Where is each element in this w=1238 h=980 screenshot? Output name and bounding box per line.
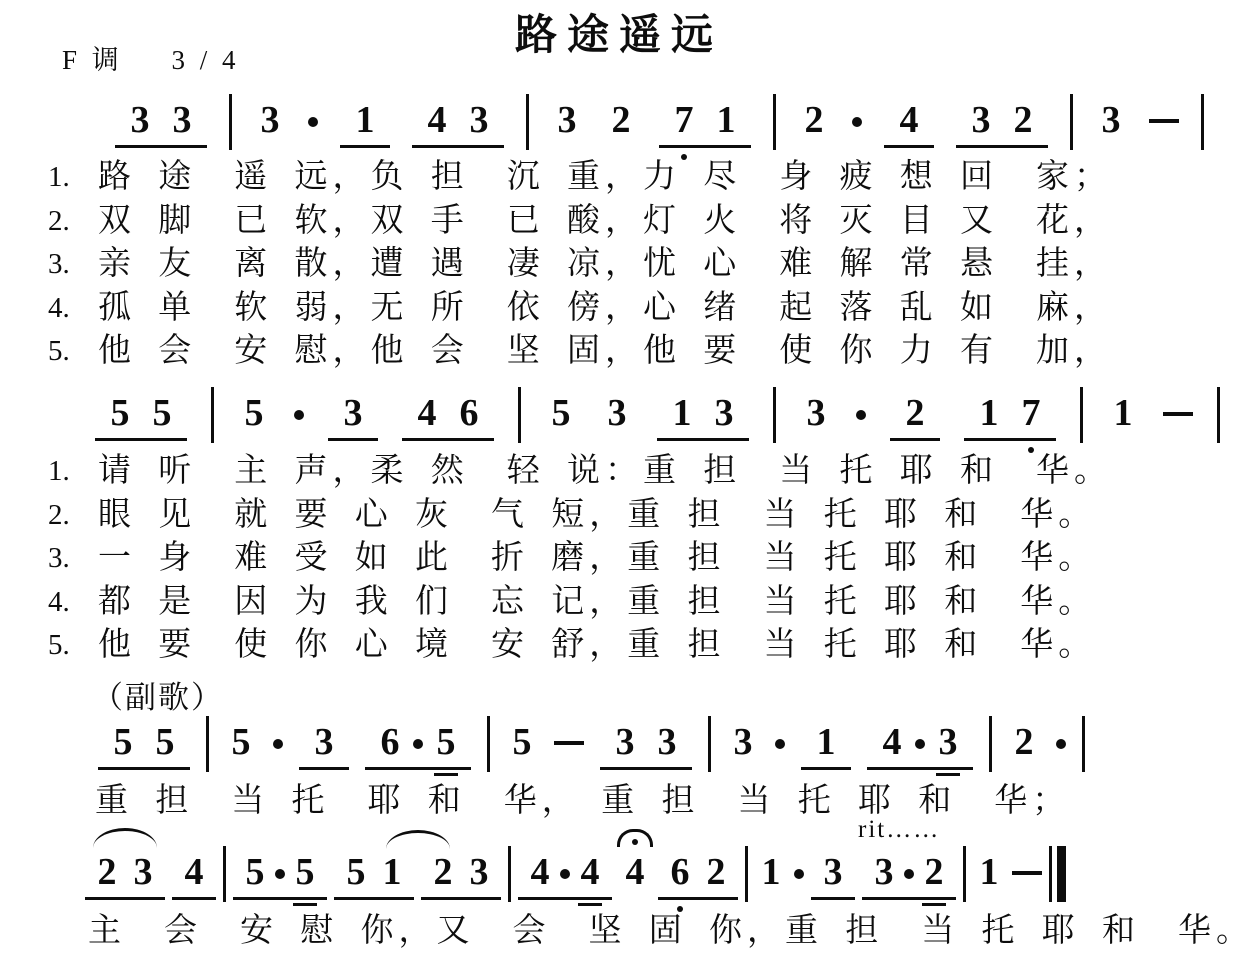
beam-group: 55 <box>98 722 190 770</box>
jianpu-note: 3 <box>311 722 337 762</box>
beam-group: 2 <box>890 393 940 441</box>
barline <box>508 846 511 902</box>
verse-number: 1. <box>48 156 98 198</box>
beam-group: 43 <box>867 722 973 770</box>
beam-group: 32 <box>862 852 956 900</box>
jianpu-note: 3 <box>466 852 492 892</box>
sheet-music-page: 路途遥远 F 调 3 / 4 333143327124323 1. 路 途 遥 … <box>0 0 1238 980</box>
jianpu-note: 1 <box>713 100 739 140</box>
jianpu-note: 4 <box>896 100 922 140</box>
beam-group: 55 <box>233 852 327 900</box>
beam-group: 1 <box>340 100 390 148</box>
jianpu-note: 5 <box>228 722 254 762</box>
jianpu-note: 3 <box>466 100 492 140</box>
verse-text: 孤 单 软 弱，无 所 依 傍，心 绪 起 落 乱 如 麻， <box>98 287 1112 329</box>
final-barline-thick <box>1057 846 1066 902</box>
jianpu-note: 3 <box>935 722 961 762</box>
verse-number: 3. <box>48 243 98 285</box>
jianpu-note: 5 <box>509 722 535 762</box>
verse-line: 1. 请 听 主 声，柔 然 轻 说：重 担 当 托 耶 和 华。 <box>48 450 1112 494</box>
verse-text: 亲 友 离 散，遭 遇 凄 凉，忧 心 难 解 常 悬 挂， <box>98 243 1112 285</box>
key-and-meter: F 调 3 / 4 <box>62 38 240 77</box>
beam-group: 32 <box>956 100 1048 148</box>
jianpu-note: 2 <box>430 852 456 892</box>
jianpu-note: 7 <box>1018 393 1044 433</box>
chorus-label: （副歌） <box>92 672 224 717</box>
verse-block-1: 1. 路 途 遥 远，负 担 沉 重，力 尽 身 疲 想 回 家； 2. 双 脚… <box>48 156 1112 374</box>
jianpu-note: 4 <box>527 852 553 892</box>
jianpu-note: 6 <box>456 393 482 433</box>
jianpu-note: 2 <box>94 852 120 892</box>
jianpu-note: 5 <box>548 393 574 433</box>
verse-number: 4. <box>48 287 98 329</box>
augmentation-dot-icon <box>1056 739 1066 749</box>
verse-number: 4. <box>48 581 98 623</box>
jianpu-note: 2 <box>902 393 928 433</box>
jianpu-note: 3 <box>1098 100 1124 140</box>
verse-text: 路 途 遥 远，负 担 沉 重，力 尽 身 疲 想 回 家； <box>98 156 1112 198</box>
jianpu-note: 5 <box>107 393 133 433</box>
verse-text: 一 身 难 受 如 此 折 磨，重 担 当 托 耶 和 华。 <box>98 537 1096 579</box>
jianpu-note: 3 <box>711 393 737 433</box>
jianpu-note: 2 <box>1011 722 1037 762</box>
jianpu-note-fermata: 4 <box>622 852 648 892</box>
verse-number: 2. <box>48 494 98 536</box>
jianpu-note: 5 <box>343 852 369 892</box>
jianpu-note: 5 <box>292 852 318 892</box>
jianpu-note: 3 <box>604 393 630 433</box>
barline <box>773 387 776 443</box>
barline <box>963 846 966 902</box>
key-signature: F 调 <box>62 45 123 75</box>
barline <box>745 846 748 902</box>
beam-group: 13 <box>657 393 749 441</box>
beam-group: 17 <box>964 393 1056 441</box>
jianpu-note: 3 <box>257 100 283 140</box>
augmentation-dot-icon <box>852 117 862 127</box>
music-line-2: 555346531332171 <box>95 393 1220 443</box>
beam-group: 51 <box>334 852 414 900</box>
jianpu-note: 1 <box>976 852 1002 892</box>
beam-group: 43 <box>412 100 504 148</box>
jianpu-note: 5 <box>152 722 178 762</box>
jianpu-note: 3 <box>871 852 897 892</box>
jianpu-note: 3 <box>968 100 994 140</box>
augmentation-dot-icon <box>294 410 304 420</box>
barline <box>229 94 232 150</box>
jianpu-note: 3 <box>654 722 680 762</box>
jianpu-note: 2 <box>703 852 729 892</box>
jianpu-note: 2 <box>608 100 634 140</box>
verse-block-2: 1. 请 听 主 声，柔 然 轻 说：重 担 当 托 耶 和 华。 2. 眼 见… <box>48 450 1112 668</box>
barline <box>487 716 490 772</box>
barline <box>526 94 529 150</box>
augmentation-dot-icon <box>904 869 914 879</box>
beam-group: 65 <box>365 722 471 770</box>
jianpu-note: 4 <box>181 852 207 892</box>
barline <box>1080 387 1083 443</box>
beam-group: 55 <box>95 393 187 441</box>
augmentation-dot-icon <box>915 739 925 749</box>
final-barline <box>1049 846 1066 902</box>
barline <box>1082 716 1085 772</box>
beam-group: 4 <box>172 852 216 900</box>
verse-number: 5. <box>48 624 98 666</box>
verse-number: 1. <box>48 450 98 492</box>
beam-group: 46 <box>402 393 494 441</box>
music-line-3: 55536553331432 <box>98 722 1085 772</box>
beam-group: 3 <box>328 393 378 441</box>
jianpu-note: 5 <box>149 393 175 433</box>
verse-line: 3. 一 身 难 受 如 此 折 磨，重 担 当 托 耶 和 华。 <box>48 537 1112 581</box>
verse-line: 4. 都 是 因 为 我 们 忘 记，重 担 当 托 耶 和 华。 <box>48 581 1112 625</box>
beam-group: 33 <box>600 722 692 770</box>
jianpu-note: 1 <box>379 852 405 892</box>
verse-text: 请 听 主 声，柔 然 轻 说：重 担 当 托 耶 和 华。 <box>98 450 1112 492</box>
augmentation-dot-icon <box>856 410 866 420</box>
jianpu-note: 3 <box>803 393 829 433</box>
verse-line: 5. 他 会 安 慰，他 会 坚 固，他 要 使 你 力 有 加， <box>48 330 1112 374</box>
verse-text: 双 脚 已 软，双 手 已 酸，灯 火 将 灭 目 又 花， <box>98 200 1112 242</box>
barline <box>206 716 209 772</box>
barline <box>708 716 711 772</box>
augmentation-dot-icon <box>775 739 785 749</box>
beam-group: 1 <box>801 722 851 770</box>
beam-group: 3 <box>299 722 349 770</box>
beam-group-slurred: 23 <box>85 852 165 900</box>
sustain-dash <box>1163 412 1193 416</box>
augmentation-dot-icon <box>413 739 423 749</box>
beam-group: 62 <box>658 852 738 900</box>
beam-group: 4 <box>884 100 934 148</box>
verse-line: 2. 双 脚 已 软，双 手 已 酸，灯 火 将 灭 目 又 花， <box>48 200 1112 244</box>
verse-text: 都 是 因 为 我 们 忘 记，重 担 当 托 耶 和 华。 <box>98 581 1096 623</box>
barline <box>1201 94 1204 150</box>
verse-text: 眼 见 就 要 心 灰 气 短，重 担 当 托 耶 和 华。 <box>98 494 1096 536</box>
jianpu-note: 3 <box>820 852 846 892</box>
barline <box>989 716 992 772</box>
verse-line: 5. 他 要 使 你 心 境 安 舒，重 担 当 托 耶 和 华。 <box>48 624 1112 668</box>
music-line-1: 333143327124323 <box>115 100 1204 150</box>
jianpu-note: 3 <box>730 722 756 762</box>
music-line-4: 2345551234446213321 <box>85 852 1066 902</box>
beam-group: 33 <box>115 100 207 148</box>
barline <box>1217 387 1220 443</box>
final-barline-thin <box>1049 846 1052 902</box>
verse-line: 2. 眼 见 就 要 心 灰 气 短，重 担 当 托 耶 和 华。 <box>48 494 1112 538</box>
barline <box>773 94 776 150</box>
jianpu-note: 3 <box>127 100 153 140</box>
sustain-dash <box>554 741 584 745</box>
beam-group: 23 <box>421 852 501 900</box>
jianpu-note: 4 <box>414 393 440 433</box>
augmentation-dot-icon <box>560 869 570 879</box>
augmentation-dot-icon <box>308 117 318 127</box>
ritardando-marking: rit…… <box>858 816 940 844</box>
beam-group: 71 <box>659 100 751 148</box>
jianpu-note: 4 <box>424 100 450 140</box>
augmentation-dot-icon <box>273 739 283 749</box>
jianpu-note: 5 <box>110 722 136 762</box>
jianpu-note: 1 <box>813 722 839 762</box>
jianpu-note: 2 <box>801 100 827 140</box>
jianpu-note: 1 <box>758 852 784 892</box>
jianpu-note: 7 <box>671 100 697 140</box>
verse-line: 3. 亲 友 离 散，遭 遇 凄 凉，忧 心 难 解 常 悬 挂， <box>48 243 1112 287</box>
jianpu-note: 2 <box>921 852 947 892</box>
barline <box>1070 94 1073 150</box>
jianpu-note: 5 <box>242 852 268 892</box>
jianpu-note: 3 <box>169 100 195 140</box>
final-lyric: 主 会 安 慰 你，又 会 坚 固 你，重 担 当 托 耶 和 华。 <box>88 910 1238 952</box>
verse-line: 1. 路 途 遥 远，负 担 沉 重，力 尽 身 疲 想 回 家； <box>48 156 1112 200</box>
jianpu-note: 1 <box>352 100 378 140</box>
augmentation-dot-icon <box>794 869 804 879</box>
beam-group: 3 <box>811 852 855 900</box>
jianpu-note: 3 <box>340 393 366 433</box>
barline <box>223 846 226 902</box>
barline <box>518 387 521 443</box>
jianpu-note: 5 <box>433 722 459 762</box>
jianpu-note: 6 <box>377 722 403 762</box>
verse-number: 3. <box>48 537 98 579</box>
slur-arc <box>386 830 450 849</box>
verse-text: 他 会 安 慰，他 会 坚 固，他 要 使 你 力 有 加， <box>98 330 1112 372</box>
jianpu-note: 4 <box>879 722 905 762</box>
time-signature: 3 / 4 <box>172 45 240 75</box>
sustain-dash <box>1012 871 1042 875</box>
jianpu-note: 4 <box>577 852 603 892</box>
augmentation-dot-icon <box>275 869 285 879</box>
verse-text: 他 要 使 你 心 境 安 舒，重 担 当 托 耶 和 华。 <box>98 624 1096 666</box>
jianpu-note: 1 <box>1110 393 1136 433</box>
jianpu-note: 2 <box>1010 100 1036 140</box>
verse-number: 5. <box>48 330 98 372</box>
barline <box>211 387 214 443</box>
verse-line: 4. 孤 单 软 弱，无 所 依 傍，心 绪 起 落 乱 如 麻， <box>48 287 1112 331</box>
verse-number: 2. <box>48 200 98 242</box>
jianpu-note: 6 <box>667 852 693 892</box>
jianpu-note: 3 <box>554 100 580 140</box>
beam-group: 44 <box>518 852 612 900</box>
sustain-dash <box>1149 119 1179 123</box>
jianpu-note: 1 <box>976 393 1002 433</box>
jianpu-note: 5 <box>241 393 267 433</box>
jianpu-note: 1 <box>669 393 695 433</box>
jianpu-note: 3 <box>130 852 156 892</box>
jianpu-note: 3 <box>612 722 638 762</box>
